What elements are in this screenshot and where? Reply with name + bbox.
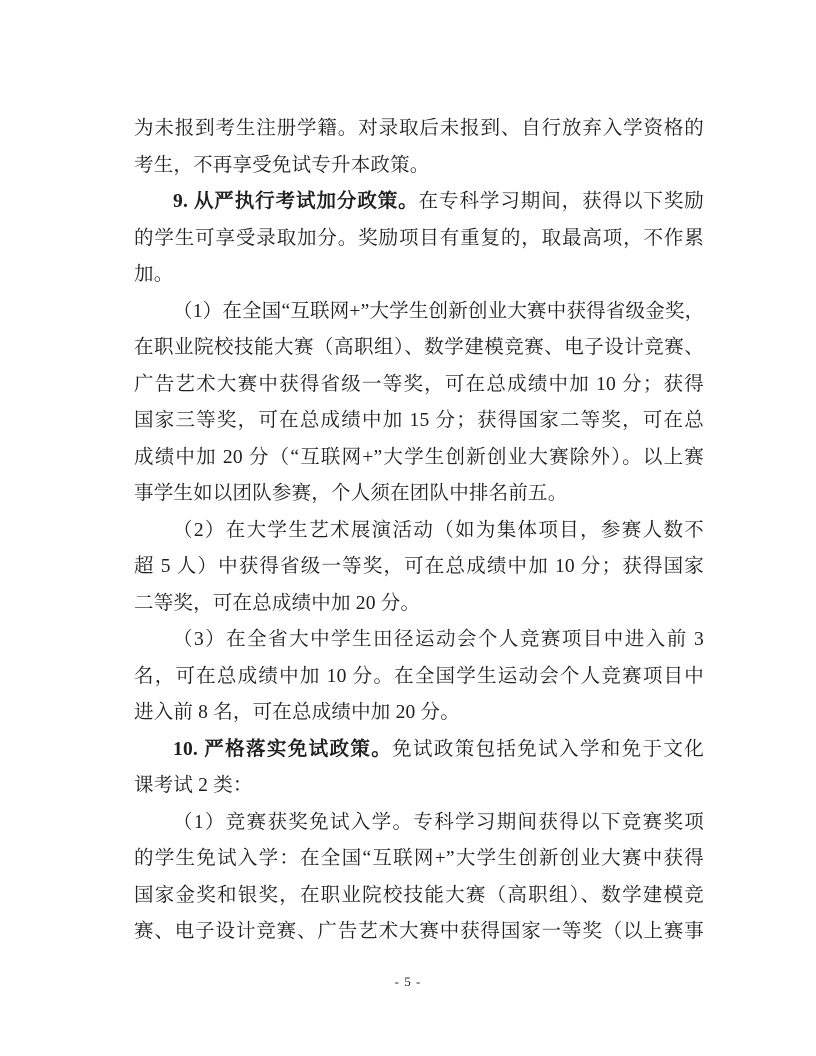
text-line: 进入前 8 名，可在总成绩中加 20 分。	[134, 695, 704, 732]
paragraph: 为未报到考生注册学籍。对录取后未报到、自行放弃入学资格的考生，不再享受免试专升本…	[134, 111, 704, 184]
text-run: 成绩中加 20 分（“互联网+”大学生创新创业大赛除外）。以上赛	[134, 447, 704, 468]
text-run: 广告艺术大赛中获得省级一等奖，可在总成绩中加 10 分；获得	[134, 374, 704, 395]
text-line: （2）在大学生艺术展演活动（如为集体项目，参赛人数不	[134, 513, 704, 550]
paragraph: 9. 从严执行考试加分政策。在专科学习期间，获得以下奖励的学生可享受录取加分。奖…	[134, 184, 704, 294]
text-line: 赛、电子设计竞赛、广告艺术大赛中获得国家一等奖（以上赛事	[134, 914, 704, 951]
text-run: 课考试 2 类：	[134, 775, 253, 796]
text-run: 名，可在总成绩中加 10 分。在全国学生运动会个人竞赛项目中	[134, 666, 704, 687]
paragraph: （2）在大学生艺术展演活动（如为集体项目，参赛人数不超 5 人）中获得省级一等奖…	[134, 513, 704, 623]
text-run: 的学生可享受录取加分。奖励项目有重复的，取最高项，不作累	[134, 228, 704, 249]
text-line: 加。	[134, 257, 704, 294]
text-run: 赛、电子设计竞赛、广告艺术大赛中获得国家一等奖（以上赛事	[134, 921, 704, 942]
text-line: 考生，不再享受免试专升本政策。	[134, 148, 704, 185]
text-line: 的学生可享受录取加分。奖励项目有重复的，取最高项，不作累	[134, 221, 704, 258]
text-line: 成绩中加 20 分（“互联网+”大学生创新创业大赛除外）。以上赛	[134, 440, 704, 477]
text-run: 事学生如以团队参赛，个人须在团队中排名前五。	[134, 483, 567, 504]
text-line: 超 5 人）中获得省级一等奖，可在总成绩中加 10 分；获得国家	[134, 549, 704, 586]
paragraph: 10. 严格落实免试政策。免试政策包括免试入学和免于文化课考试 2 类：	[134, 732, 704, 805]
text-run: 国家三等奖，可在总成绩中加 15 分；获得国家二等奖，可在总	[134, 410, 704, 431]
text-line: （1）在全国“互联网+”大学生创新创业大赛中获得省级金奖，	[134, 294, 704, 331]
text-line: 事学生如以团队参赛，个人须在团队中排名前五。	[134, 476, 704, 513]
text-line: 在职业院校技能大赛（高职组）、数学建模竞赛、电子设计竞赛、	[134, 330, 704, 367]
text-run: 在职业院校技能大赛（高职组）、数学建模竞赛、电子设计竞赛、	[134, 337, 704, 358]
text-run: 为未报到考生注册学籍。对录取后未报到、自行放弃入学资格的	[134, 118, 704, 139]
text-line: 国家金奖和银奖，在职业院校技能大赛（高职组）、数学建模竞	[134, 878, 704, 915]
paragraph: （1）在全国“互联网+”大学生创新创业大赛中获得省级金奖，在职业院校技能大赛（高…	[134, 294, 704, 513]
text-run: （1）竞赛获奖免试入学。专科学习期间获得以下竞赛奖项	[173, 812, 704, 833]
text-line: 名，可在总成绩中加 10 分。在全国学生运动会个人竞赛项目中	[134, 659, 704, 696]
text-run: （2）在大学生艺术展演活动（如为集体项目，参赛人数不	[173, 520, 704, 541]
text-run: 在专科学习期间，获得以下奖励	[419, 191, 704, 212]
text-line: 国家三等奖，可在总成绩中加 15 分；获得国家二等奖，可在总	[134, 403, 704, 440]
text-line: 的学生免试入学：在全国“互联网+”大学生创新创业大赛中获得	[134, 841, 704, 878]
text-run: 免试政策包括免试入学和免于文化	[392, 739, 704, 760]
text-run: 的学生免试入学：在全国“互联网+”大学生创新创业大赛中获得	[134, 848, 704, 869]
text-line: 10. 严格落实免试政策。免试政策包括免试入学和免于文化	[134, 732, 704, 769]
text-line: 9. 从严执行考试加分政策。在专科学习期间，获得以下奖励	[134, 184, 704, 221]
text-line: 课考试 2 类：	[134, 768, 704, 805]
bold-text-run: 10. 严格落实免试政策。	[173, 739, 392, 760]
text-run: 国家金奖和银奖，在职业院校技能大赛（高职组）、数学建模竞	[134, 885, 704, 906]
text-run: 超 5 人）中获得省级一等奖，可在总成绩中加 10 分；获得国家	[134, 556, 704, 577]
page-number: - 5 -	[0, 974, 816, 990]
bold-text-run: 9. 从严执行考试加分政策。	[173, 191, 419, 212]
paragraph: （3）在全省大中学生田径运动会个人竞赛项目中进入前 3名，可在总成绩中加 10 …	[134, 622, 704, 732]
text-line: 广告艺术大赛中获得省级一等奖，可在总成绩中加 10 分；获得	[134, 367, 704, 404]
text-run: 二等奖，可在总成绩中加 20 分。	[134, 593, 420, 614]
text-line: 二等奖，可在总成绩中加 20 分。	[134, 586, 704, 623]
text-run: （3）在全省大中学生田径运动会个人竞赛项目中进入前 3	[173, 629, 704, 650]
document-page: 为未报到考生注册学籍。对录取后未报到、自行放弃入学资格的考生，不再享受免试专升本…	[0, 0, 816, 1056]
text-line: （3）在全省大中学生田径运动会个人竞赛项目中进入前 3	[134, 622, 704, 659]
text-run: 进入前 8 名，可在总成绩中加 20 分。	[134, 702, 460, 723]
paragraph: （1）竞赛获奖免试入学。专科学习期间获得以下竞赛奖项的学生免试入学：在全国“互联…	[134, 805, 704, 951]
text-line: （1）竞赛获奖免试入学。专科学习期间获得以下竞赛奖项	[134, 805, 704, 842]
text-run: 加。	[134, 264, 173, 285]
text-line: 为未报到考生注册学籍。对录取后未报到、自行放弃入学资格的	[134, 111, 704, 148]
text-run: 考生，不再享受免试专升本政策。	[134, 155, 430, 176]
text-run: （1）在全国“互联网+”大学生创新创业大赛中获得省级金奖，	[173, 301, 704, 322]
document-body: 为未报到考生注册学籍。对录取后未报到、自行放弃入学资格的考生，不再享受免试专升本…	[134, 111, 704, 951]
